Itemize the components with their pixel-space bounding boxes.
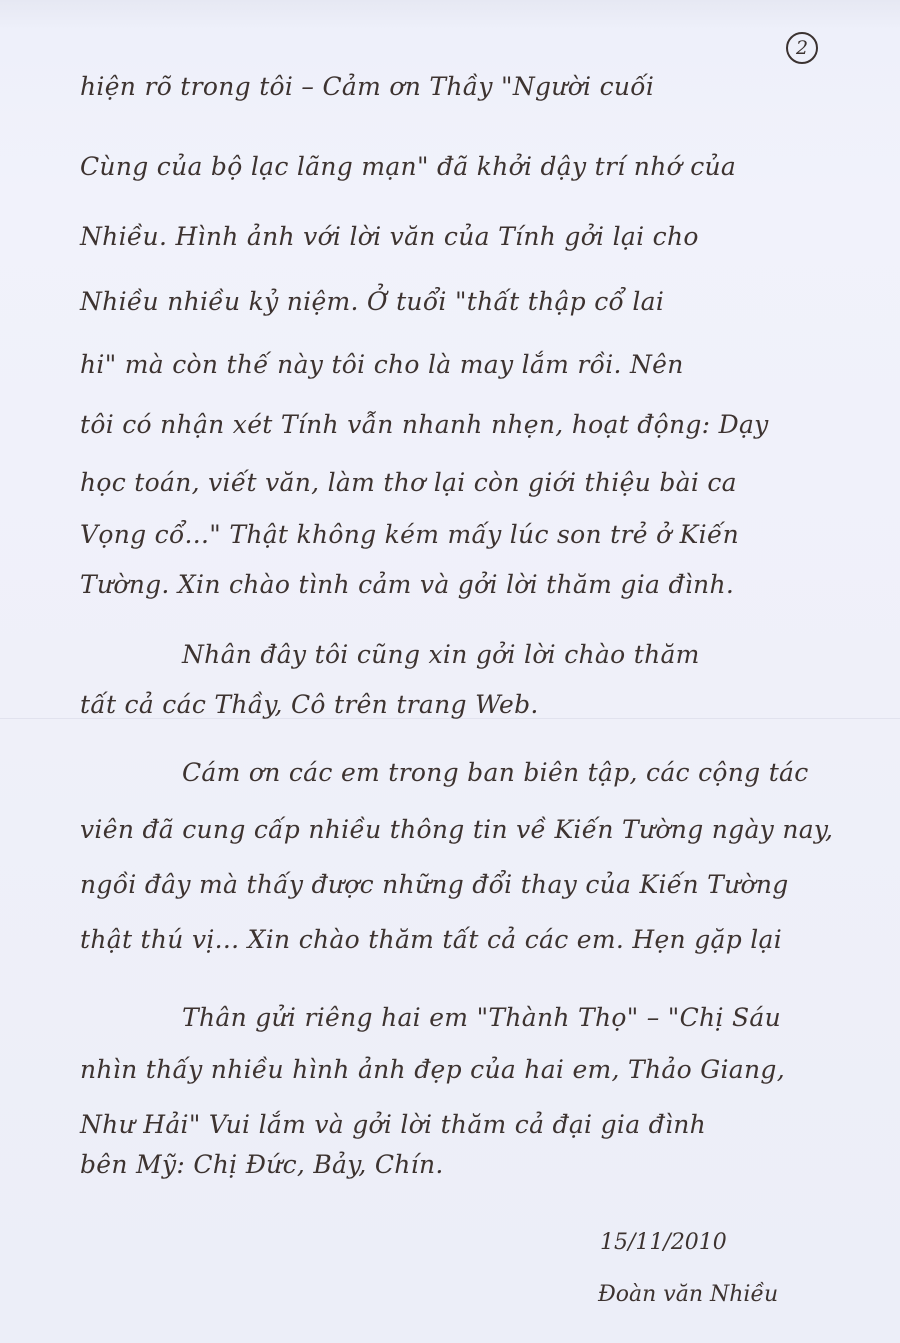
- letter-line: Nhiều. Hình ảnh với lời văn của Tính gởi…: [80, 222, 699, 251]
- letter-line: hi" mà còn thế này tôi cho là may lắm rồ…: [80, 350, 684, 379]
- letter-line: tất cả các Thầy, Cô trên trang Web.: [80, 690, 539, 719]
- page-number-circle: 2: [786, 32, 818, 64]
- letter-line: Nhân đây tôi cũng xin gởi lời chào thăm: [182, 640, 700, 669]
- letter-line: ngồi đây mà thấy được những đổi thay của…: [80, 870, 789, 899]
- letter-line: học toán, viết văn, làm thơ lại còn giới…: [80, 468, 737, 497]
- letter-line: Vọng cổ..." Thật không kém mấy lúc son t…: [80, 520, 739, 549]
- letter-line: Thân gửi riêng hai em "Thành Thọ" – "Chị…: [182, 1003, 781, 1032]
- letter-line: Tường. Xin chào tình cảm và gởi lời thăm…: [80, 570, 734, 599]
- letter-page: 2 hiện rõ trong tôi – Cảm ơn Thầy "Người…: [0, 0, 900, 1343]
- letter-date: 15/11/2010: [600, 1230, 727, 1255]
- letter-line: nhìn thấy nhiều hình ảnh đẹp của hai em,…: [80, 1055, 785, 1084]
- letter-line: Nhiều nhiều kỷ niệm. Ở tuổi "thất thập c…: [80, 287, 664, 316]
- signature: Đoàn văn Nhiều: [598, 1282, 778, 1307]
- letter-line: thật thú vị... Xin chào thăm tất cả các …: [80, 925, 782, 954]
- letter-line: Như Hải" Vui lắm và gởi lời thăm cả đại …: [80, 1110, 706, 1139]
- letter-line: hiện rõ trong tôi – Cảm ơn Thầy "Người c…: [80, 72, 654, 101]
- letter-line: Cùng của bộ lạc lãng mạn" đã khởi dậy tr…: [80, 152, 736, 181]
- letter-line: viên đã cung cấp nhiều thông tin về Kiến…: [80, 815, 833, 844]
- letter-line: Cám ơn các em trong ban biên tập, các cộ…: [182, 758, 809, 787]
- letter-line: bên Mỹ: Chị Đức, Bảy, Chín.: [80, 1150, 444, 1179]
- letter-line: tôi có nhận xét Tính vẫn nhanh nhẹn, hoạ…: [80, 410, 769, 439]
